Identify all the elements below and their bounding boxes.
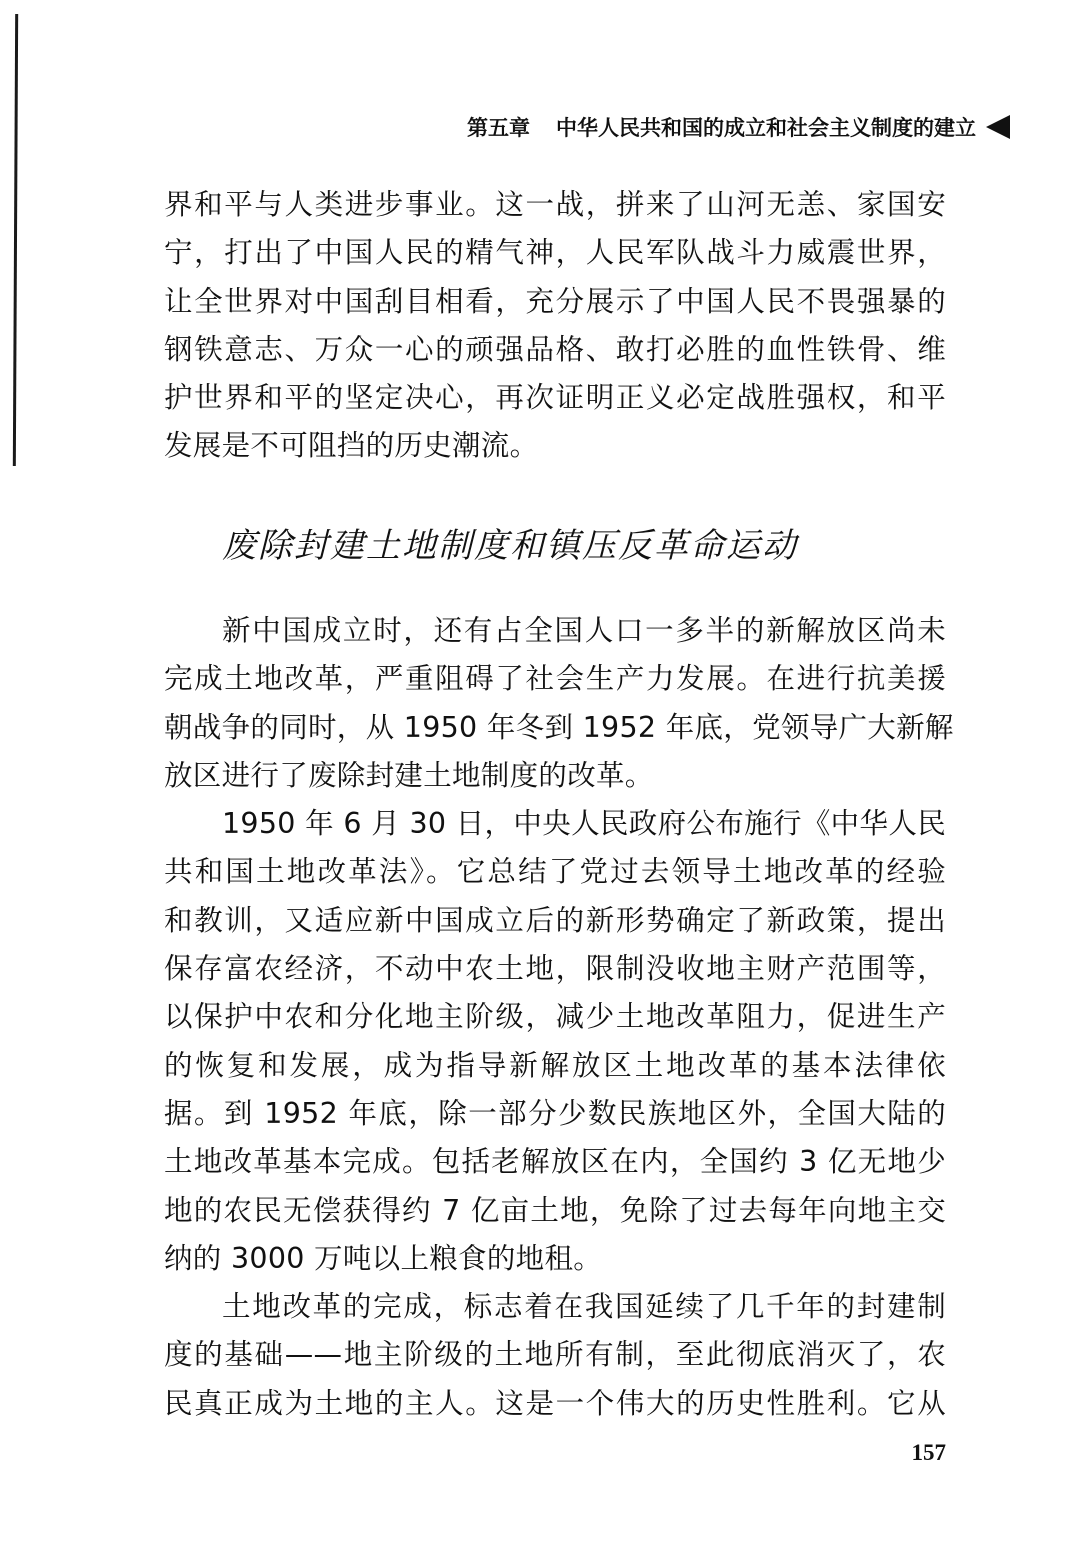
text-line: 发展是不可阻挡的历史潮流。: [164, 422, 946, 470]
left-triangle-marker-icon: [986, 115, 1010, 139]
paragraph: 新中国成立时，还有占全国人口一多半的新解放区尚未 完成土地改革，严重阻碍了社会生…: [164, 607, 946, 800]
text-line: 度的基础——地主阶级的土地所有制，至此彻底消灭了，农: [164, 1331, 946, 1379]
text-line: 钢铁意志、万众一心的顽强品格、敢打必胜的血性铁骨、维: [164, 326, 946, 374]
section-heading: 废除封建土地制度和镇压反革命运动: [222, 518, 798, 567]
text-line: 土地改革基本完成。包括老解放区在内，全国约 3 亿无地少: [164, 1138, 946, 1186]
text-line: 1950 年 6 月 30 日，中央人民政府公布施行《中华人民: [164, 800, 946, 848]
continuation-paragraph: 界和平与人类进步事业。这一战，拼来了山河无恙、家国安 宁，打出了中国人民的精气神…: [164, 181, 946, 471]
section-body: 新中国成立时，还有占全国人口一多半的新解放区尚未 完成土地改革，严重阻碍了社会生…: [164, 607, 946, 1428]
text-line: 放区进行了废除封建土地制度的改革。: [164, 752, 946, 800]
text-line: 共和国土地改革法》。它总结了党过去领导土地改革的经验: [164, 848, 946, 896]
paragraph: 土地改革的完成，标志着在我国延续了几千年的封建制 度的基础——地主阶级的土地所有…: [164, 1283, 946, 1428]
text-line: 完成土地改革，严重阻碍了社会生产力发展。在进行抗美援: [164, 655, 946, 703]
chapter-number: 第五章: [467, 112, 530, 142]
binding-edge-line: [13, 14, 18, 466]
text-line: 界和平与人类进步事业。这一战，拼来了山河无恙、家国安: [164, 181, 946, 229]
running-header: 第五章 中华人民共和国的成立和社会主义制度的建立: [467, 112, 976, 142]
paragraph: 界和平与人类进步事业。这一战，拼来了山河无恙、家国安 宁，打出了中国人民的精气神…: [164, 181, 946, 471]
text-line: 让全世界对中国刮目相看，充分展示了中国人民不畏强暴的: [164, 278, 946, 326]
text-line: 纳的 3000 万吨以上粮食的地租。: [164, 1235, 946, 1283]
chapter-title: 中华人民共和国的成立和社会主义制度的建立: [556, 112, 976, 142]
text-line: 朝战争的同时，从 1950 年冬到 1952 年底，党领导广大新解: [164, 704, 946, 752]
text-line: 新中国成立时，还有占全国人口一多半的新解放区尚未: [164, 607, 946, 655]
text-line: 土地改革的完成，标志着在我国延续了几千年的封建制: [164, 1283, 946, 1331]
text-line: 宁，打出了中国人民的精气神，人民军队战斗力威震世界，: [164, 229, 946, 277]
text-line: 护世界和平的坚定决心，再次证明正义必定战胜强权，和平: [164, 374, 946, 422]
text-line: 保存富农经济，不动中农土地，限制没收地主财产范围等，: [164, 945, 946, 993]
text-line: 的恢复和发展，成为指导新解放区土地改革的基本法律依: [164, 1042, 946, 1090]
text-line: 和教训，又适应新中国成立后的新形势确定了新政策，提出: [164, 897, 946, 945]
text-line: 地的农民无偿获得约 7 亿亩土地，免除了过去每年向地主交: [164, 1187, 946, 1235]
paragraph: 1950 年 6 月 30 日，中央人民政府公布施行《中华人民 共和国土地改革法…: [164, 800, 946, 1283]
text-line: 据。到 1952 年底，除一部分少数民族地区外，全国大陆的: [164, 1090, 946, 1138]
text-line: 以保护中农和分化地主阶级，减少土地改革阻力，促进生产: [164, 993, 946, 1041]
page-number: 157: [912, 1440, 947, 1466]
text-line: 民真正成为土地的主人。这是一个伟大的历史性胜利。它从: [164, 1380, 946, 1428]
